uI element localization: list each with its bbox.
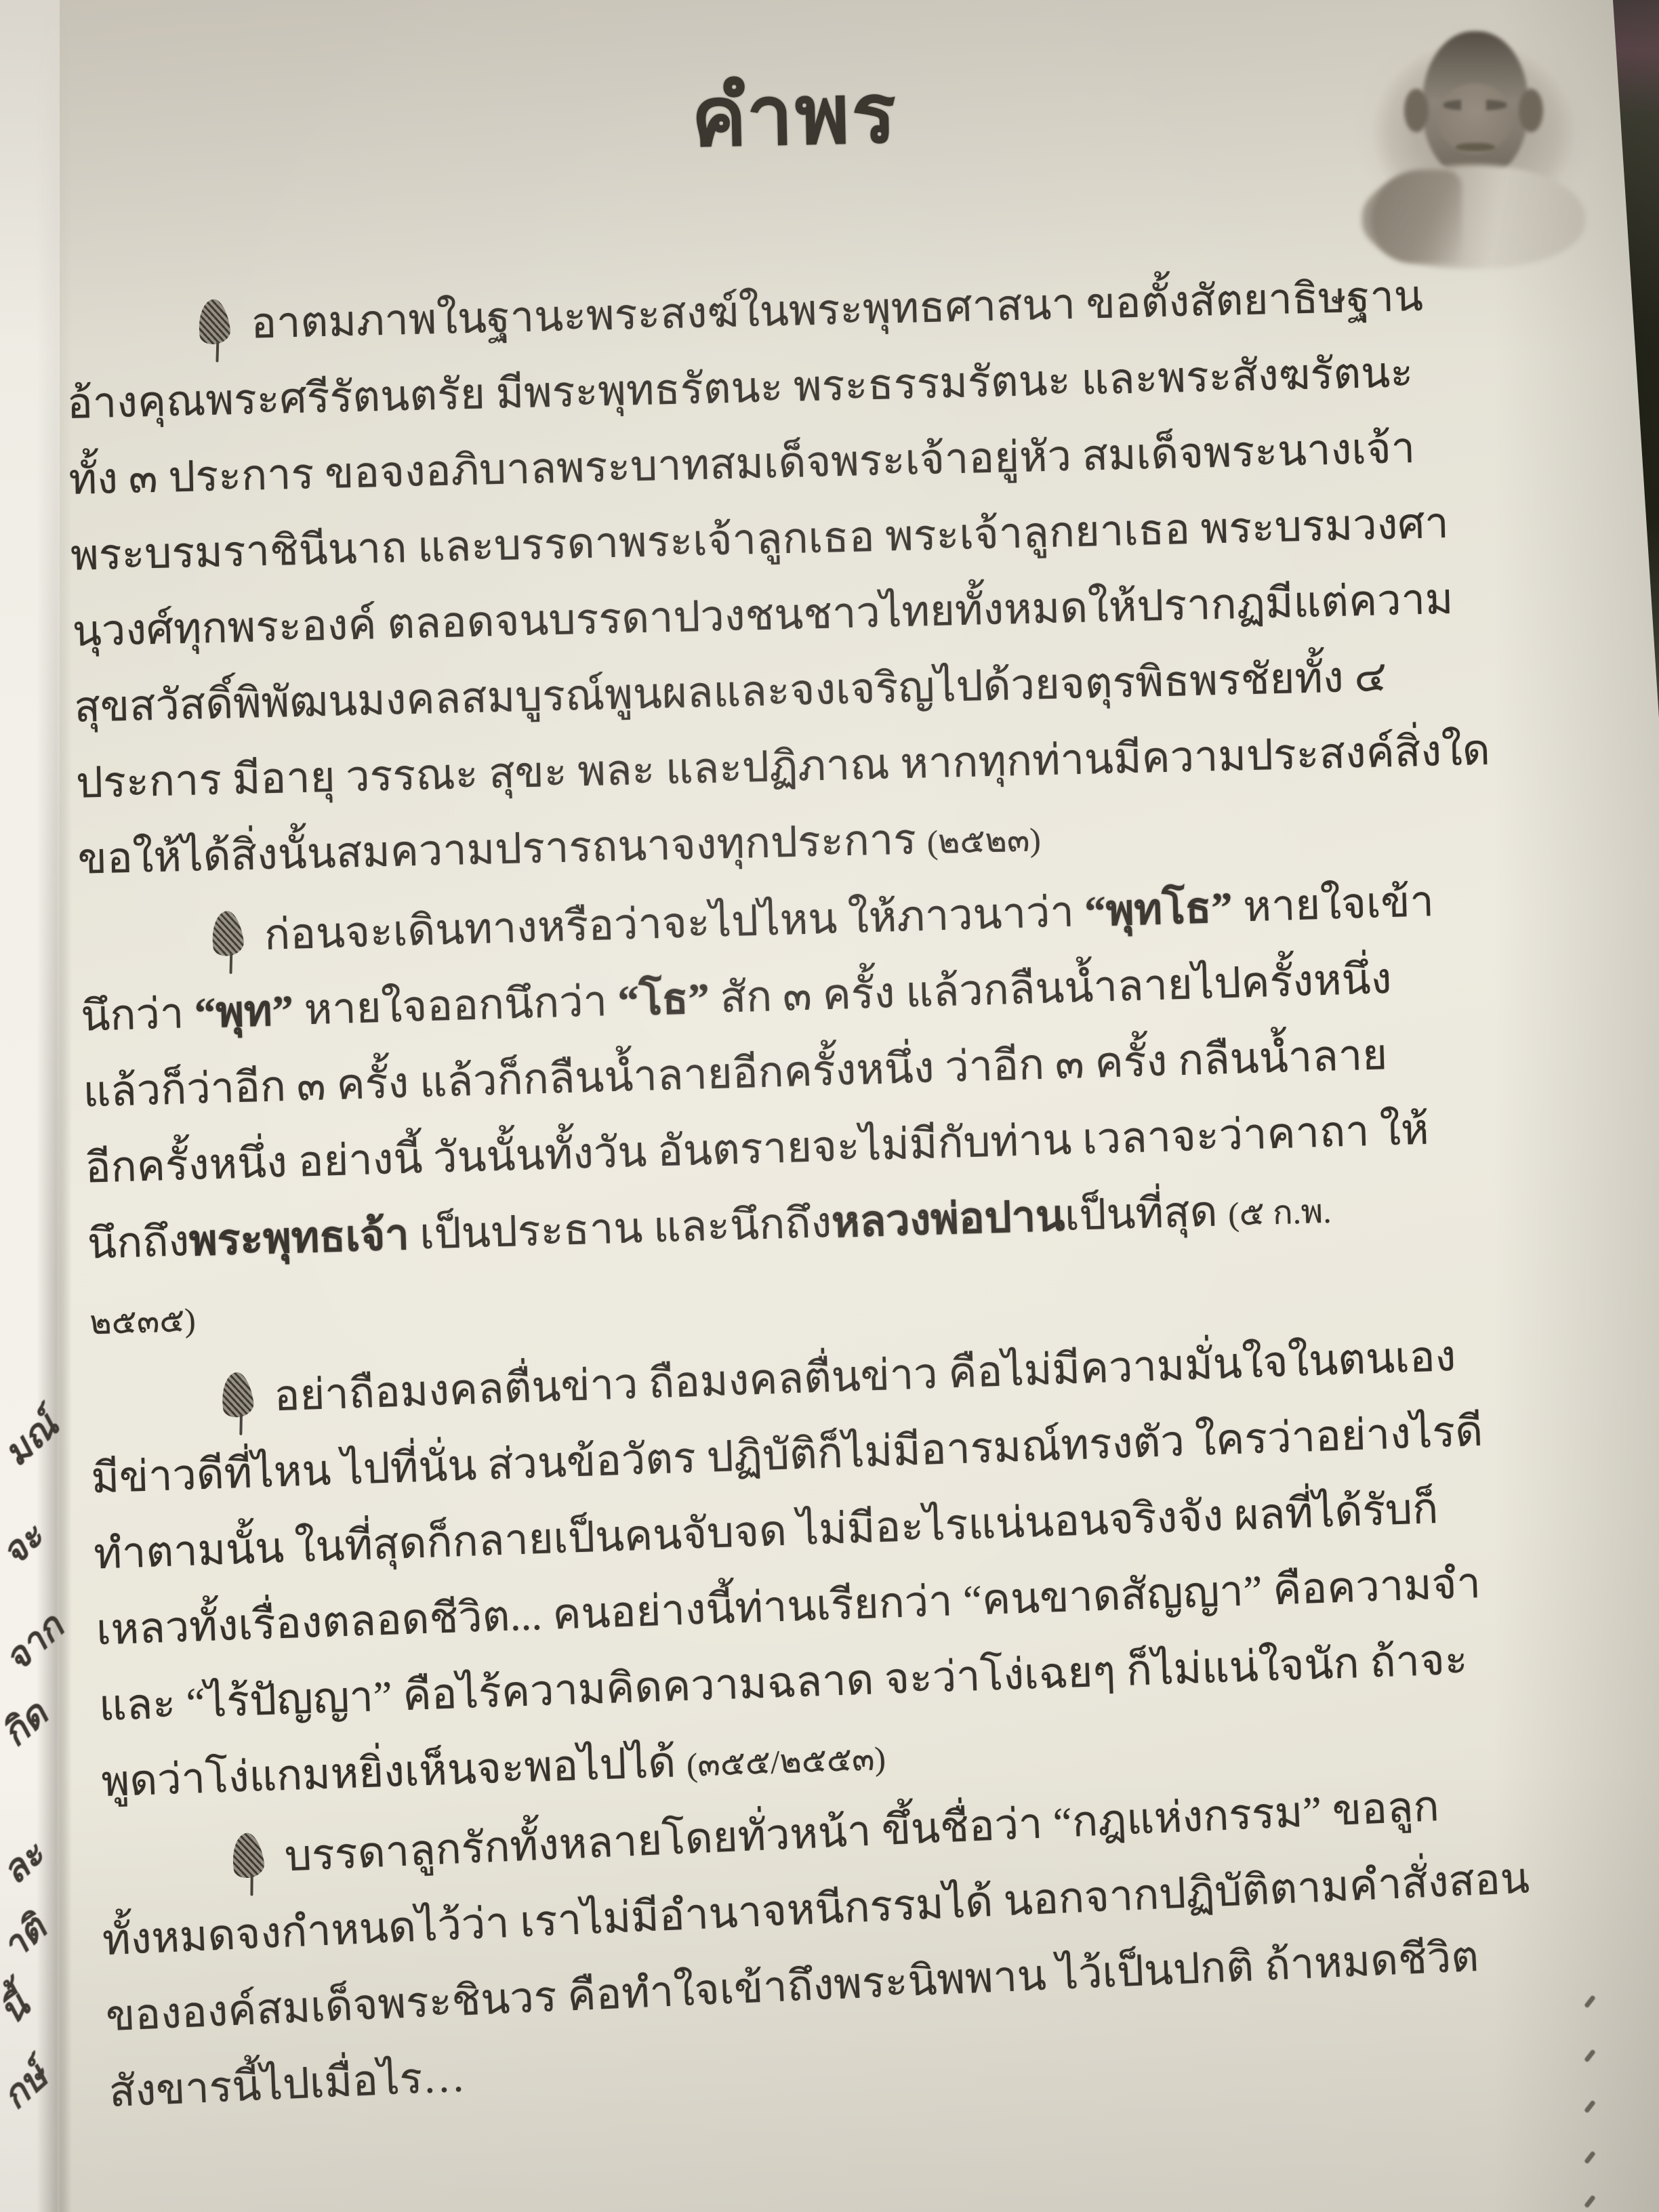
portrait-ear <box>1404 89 1429 132</box>
citation: (๓๕๕/๒๕๕๓) <box>686 1740 886 1784</box>
citation: (๒๕๒๓) <box>926 821 1041 861</box>
leaf-bullet-icon <box>195 298 232 346</box>
paragraph: บรรดาลูกรักทั้งหลายโดยทั่วหน้า ขึ้นชื่อว… <box>98 1764 1543 2130</box>
text-run: ๒๕๓๕) <box>89 1293 196 1343</box>
citation: ๒๕๓๕) <box>89 1301 197 1341</box>
portrait-mouth <box>1456 143 1495 151</box>
leaf-bullet-icon <box>228 1831 266 1880</box>
citation: (๕ ก.พ. <box>1228 1193 1332 1233</box>
leaf-bullet-icon <box>209 909 245 958</box>
page-edge-mark <box>1584 2150 1596 2164</box>
text-run: อาตมภาพในฐานะพระสงฆ์ในพระพุทธศาสนา ขอตั้… <box>250 272 1423 348</box>
paragraph: ก่อนจะเดินทางหรือว่าจะไปไหน ให้ภาวนาว่า … <box>78 861 1523 1358</box>
paragraph: อย่าถือมงคลตื่นข่าว ถือมงคลตื่นข่าว คือไ… <box>87 1316 1536 1820</box>
leaf-bullet-icon <box>218 1370 255 1419</box>
text-run: ขอให้ได้สิ่งนั้นสมความปรารถนาจงทุกประการ… <box>77 813 1041 882</box>
monk-portrait-photo <box>1323 1 1624 274</box>
page-edge-mark <box>1584 2100 1596 2113</box>
page-edge-mark <box>1584 2049 1596 2062</box>
page-title: คำพร <box>690 47 899 182</box>
portrait-eyes <box>1443 100 1507 110</box>
page-edge-mark <box>1584 2194 1596 2208</box>
text-run: สังขารนี้ไปเมื่อไร… <box>108 2053 466 2116</box>
paragraph: อาตมภาพในฐานะพระสงฆ์ในพระพุทธศาสนา ขอตั้… <box>64 256 1512 897</box>
portrait-ear <box>1519 89 1543 132</box>
page-edge-mark <box>1584 1994 1596 2008</box>
page-content: อาตมภาพในฐานะพระสงฆ์ในพระพุทธศาสนา ขอตั้… <box>64 256 1540 2130</box>
photographed-book-page: มณ์จะจากกิดละาตินี้กษ์ คำพร อาตมภาพในฐาน… <box>0 0 1659 2212</box>
text-run: พูดว่าโง่แกมหยิ่งเห็นจะพอไปได้ (๓๕๕/๒๕๕๓… <box>101 1732 886 1805</box>
